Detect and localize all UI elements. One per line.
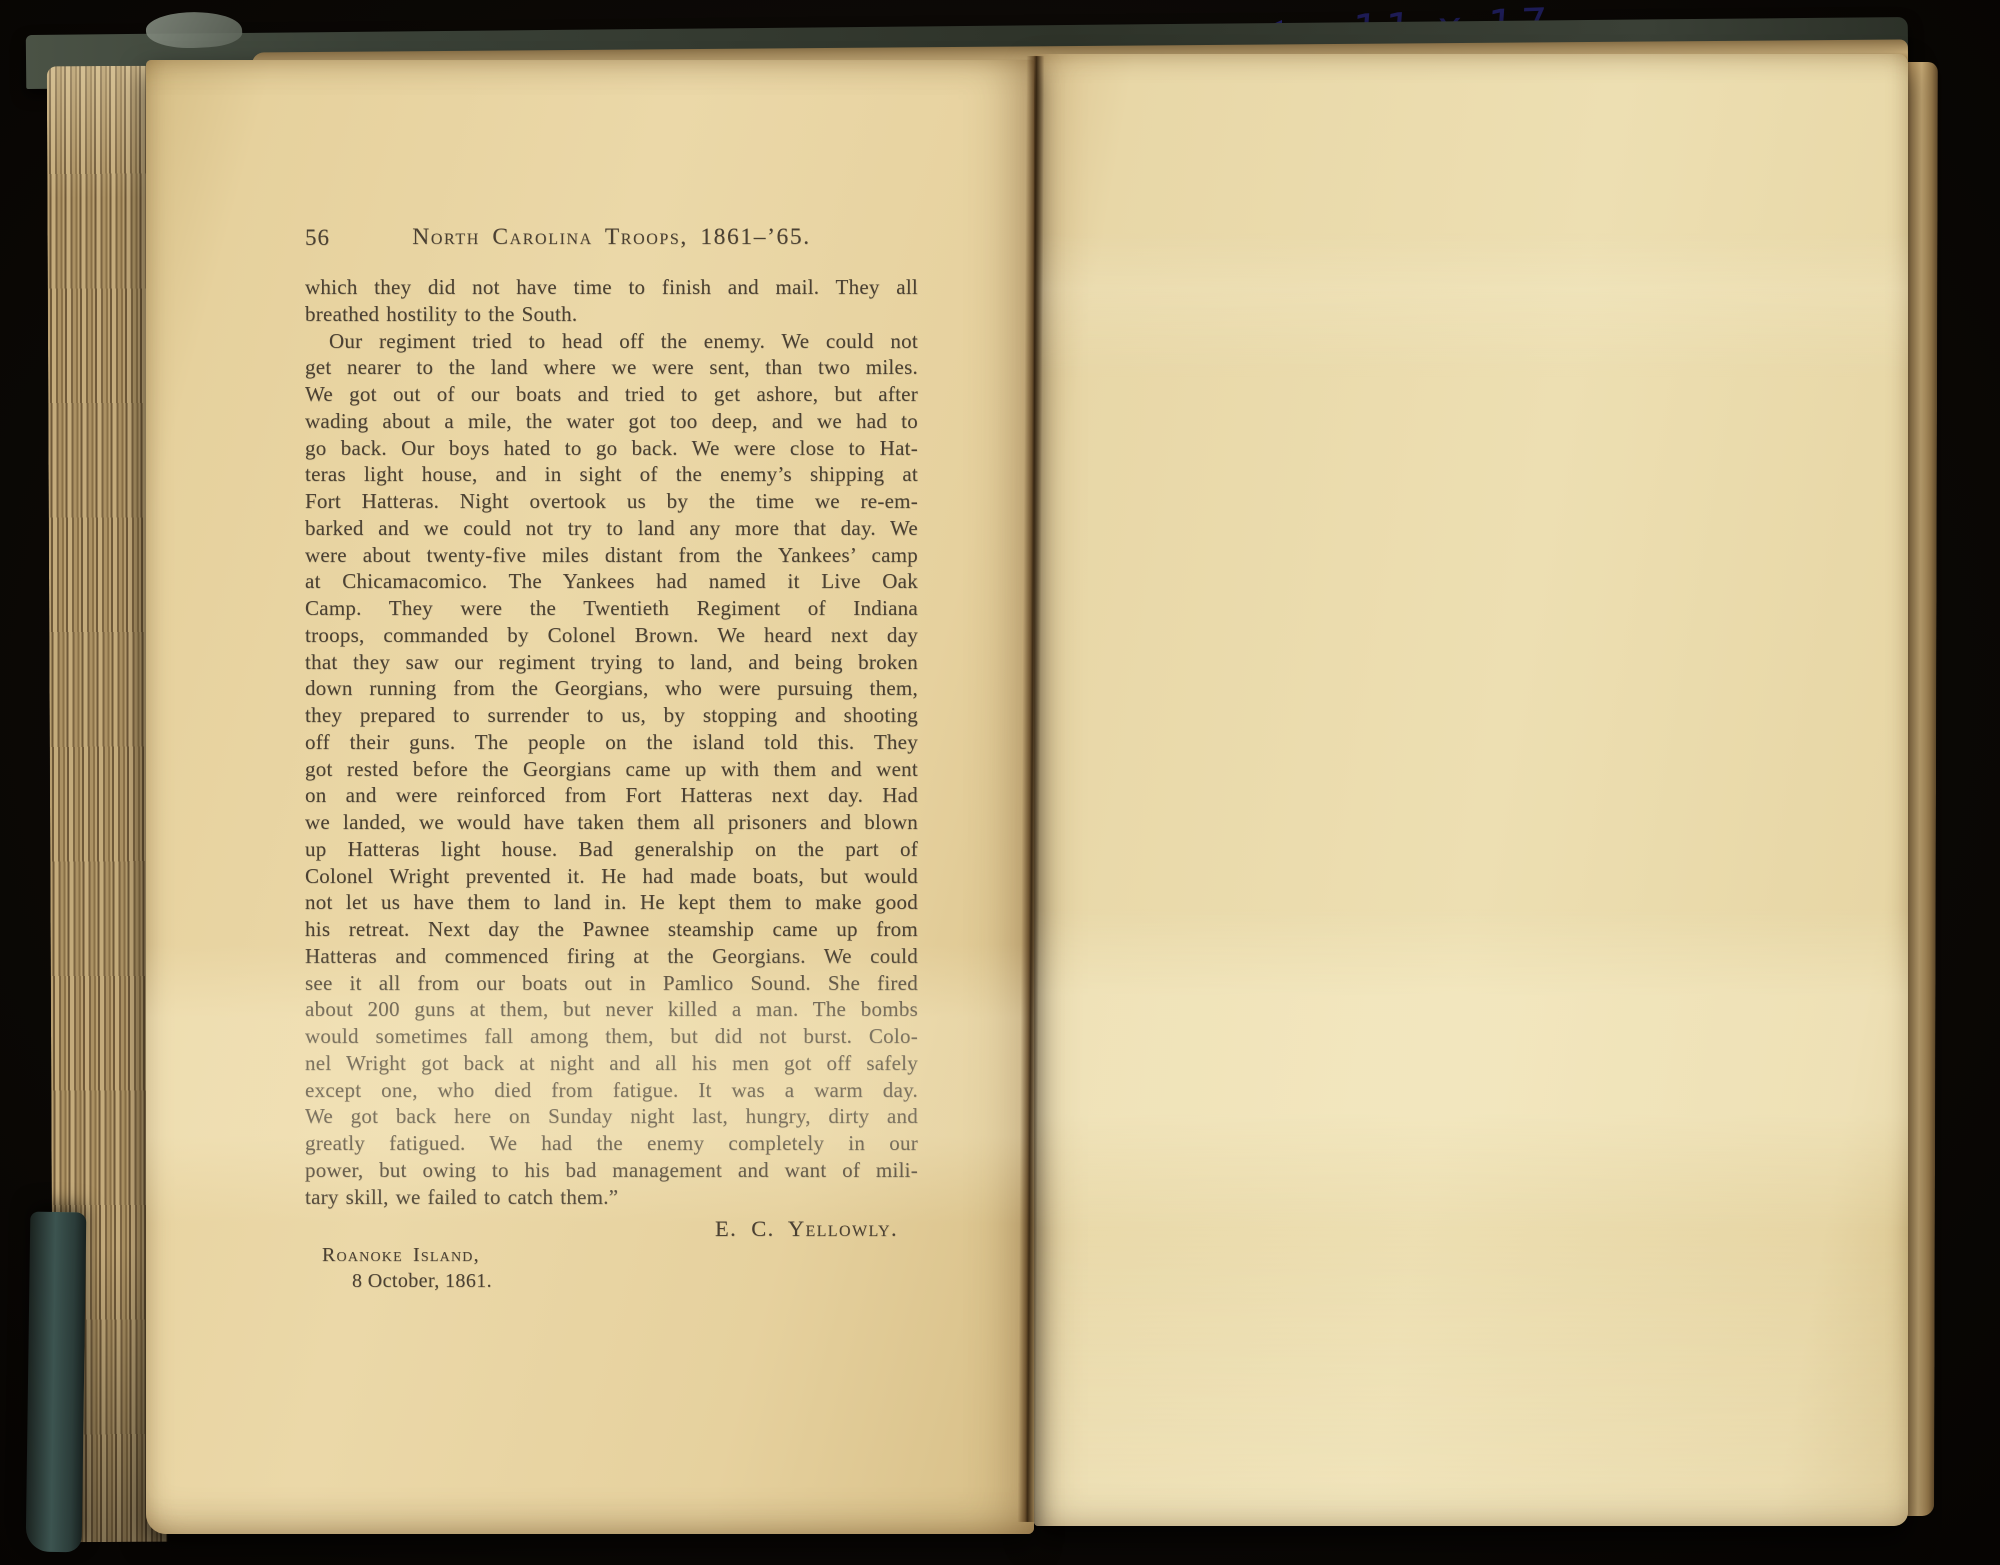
right-page	[1034, 54, 1908, 1526]
body-line: troops, commanded by Colonel Brown. We h…	[305, 622, 918, 649]
body-line: about 200 guns at them, but never killed…	[305, 996, 918, 1023]
body-line: nel Wright got back at night and all his…	[305, 1050, 918, 1077]
body-line: his retreat. Next day the Pawnee steamsh…	[305, 916, 918, 943]
body-line: We got out of our boats and tried to get…	[305, 381, 918, 408]
place-line: Roanoke Island,	[322, 1244, 480, 1267]
body-line: Fort Hatteras. Night overtook us by the …	[305, 488, 918, 515]
body-line: Our regiment tried to head off the enemy…	[305, 328, 918, 355]
body-line: power, but owing to his bad management a…	[305, 1157, 918, 1184]
date-line: 8 October, 1861.	[352, 1270, 492, 1293]
body-line: not let us have them to land in. He kept…	[305, 889, 918, 916]
body-line: we landed, we would have taken them all …	[305, 809, 918, 836]
body-line: breathed hostility to the South.	[305, 301, 918, 328]
body-line: were about twenty-five miles distant fro…	[305, 542, 918, 569]
body-line: down running from the Georgians, who wer…	[305, 675, 918, 702]
book-scan: 11 x 17 56 North Carolina Troops, 1861–’…	[0, 0, 2000, 1565]
body-line: they prepared to surrender to us, by sto…	[305, 702, 918, 729]
body-line: Colonel Wright prevented it. He had made…	[305, 863, 918, 890]
running-header: North Carolina Troops, 1861–’65.	[305, 224, 918, 251]
page-text: which they did not have time to finish a…	[305, 274, 918, 1210]
page-number: 56	[305, 225, 330, 251]
body-line: Camp. They were the Twentieth Regiment o…	[305, 595, 918, 622]
signature: E. C. Yellowly.	[305, 1216, 918, 1242]
body-line: off their guns. The people on the island…	[305, 729, 918, 756]
body-line: We got back here on Sunday night last, h…	[305, 1103, 918, 1130]
body-line: get nearer to the land where we were sen…	[305, 354, 918, 381]
body-line: tary skill, we failed to catch them.”	[305, 1184, 918, 1211]
body-line: Hatteras and commenced firing at the Geo…	[305, 943, 918, 970]
body-line: which they did not have time to finish a…	[305, 274, 918, 301]
body-line: up Hatteras light house. Bad generalship…	[305, 836, 918, 863]
body-line: would sometimes fall among them, but did…	[305, 1023, 918, 1050]
body-line: except one, who died from fatigue. It wa…	[305, 1077, 918, 1104]
body-line: at Chicamacomico. The Yankees had named …	[305, 568, 918, 595]
left-page: 56 North Carolina Troops, 1861–’65. whic…	[146, 60, 1034, 1534]
body-line: got rested before the Georgians came up …	[305, 756, 918, 783]
body-line: teras light house, and in sight of the e…	[305, 461, 918, 488]
running-header-row: 56 North Carolina Troops, 1861–’65.	[305, 224, 918, 254]
body-line: barked and we could not try to land any …	[305, 515, 918, 542]
body-line: wading about a mile, the water got too d…	[305, 408, 918, 435]
body-line: see it all from our boats out in Pamlico…	[305, 970, 918, 997]
body-line: on and were reinforced from Fort Hattera…	[305, 782, 918, 809]
body-line: that they saw our regiment trying to lan…	[305, 649, 918, 676]
body-line: greatly fatigued. We had the enemy compl…	[305, 1130, 918, 1157]
body-line: go back. Our boys hated to go back. We w…	[305, 435, 918, 462]
cover-corner-bottom	[26, 1212, 87, 1553]
